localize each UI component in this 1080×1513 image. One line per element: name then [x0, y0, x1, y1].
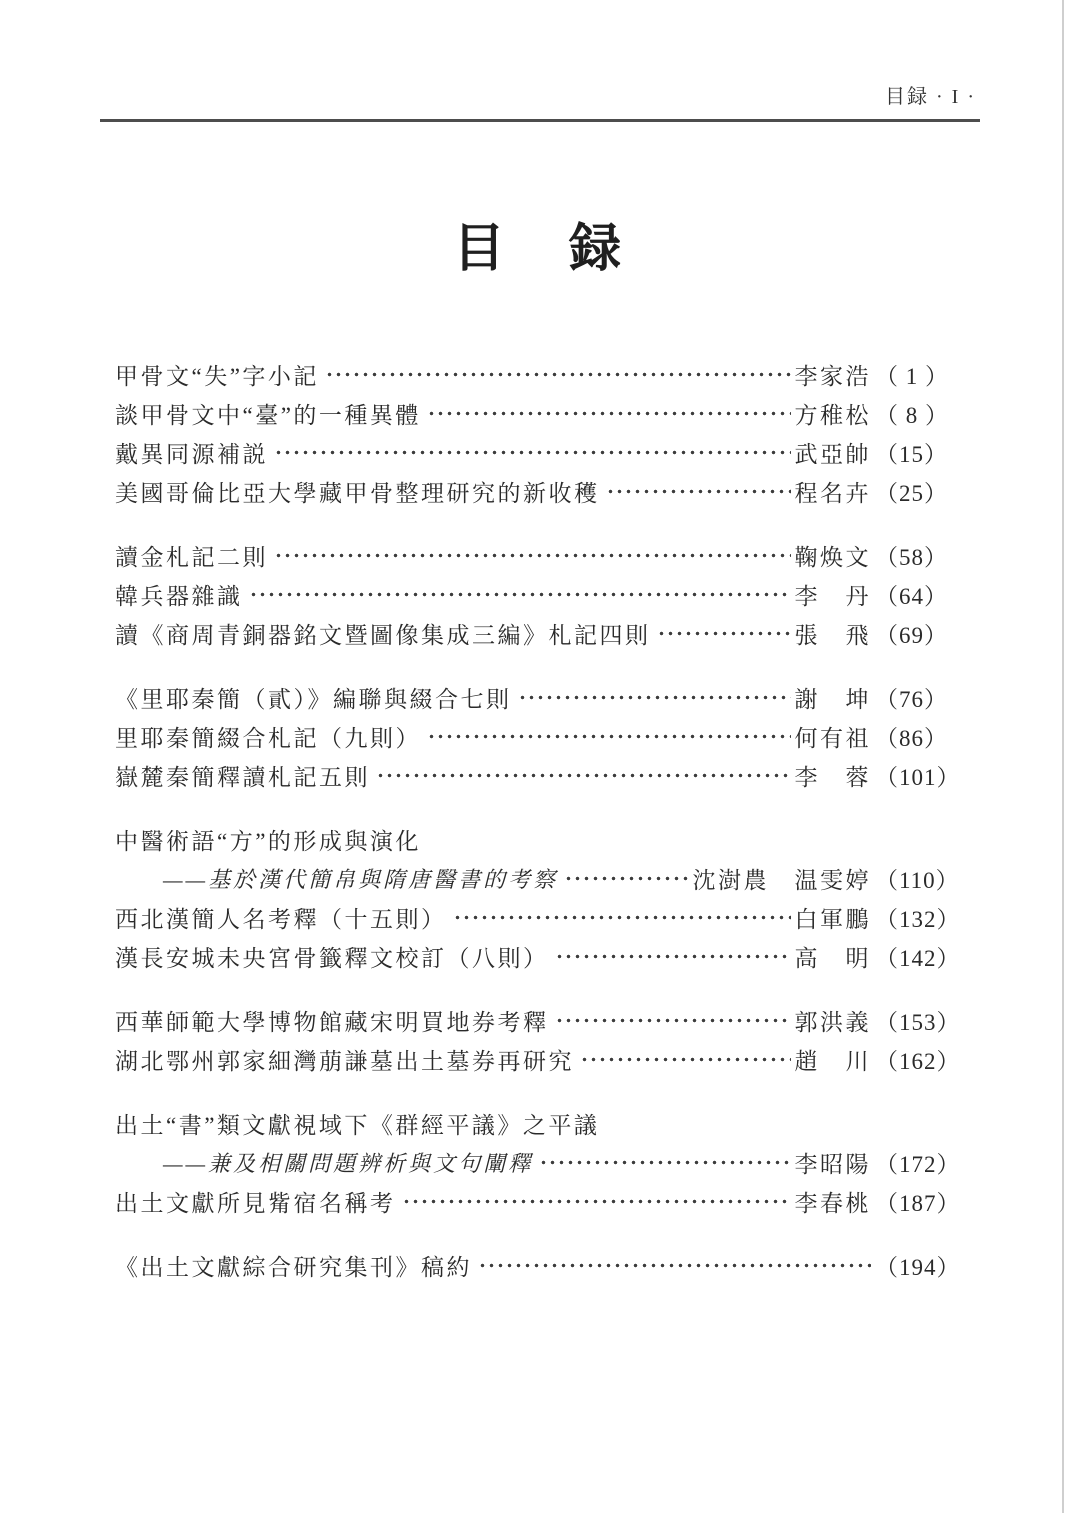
- entry-title: 《出土文獻綜合研究集刊》稿約: [115, 1249, 472, 1282]
- toc-row: 讀金札記二則鞠焕文（58）: [115, 536, 947, 575]
- entry-authors: 鞠焕文: [795, 539, 872, 572]
- entry-title: 出土“書”類文獻視域下《群經平議》之平議: [115, 1107, 599, 1140]
- entry-authors: 張 飛: [795, 617, 872, 650]
- entry-page-number: （153）: [875, 1004, 947, 1037]
- toc-row: 《出土文獻綜合研究集刊》稿約（194）: [115, 1246, 947, 1285]
- entry-page-number: （110）: [875, 862, 947, 895]
- entry-authors: 郭洪義: [795, 1004, 872, 1037]
- dotted-leader: [427, 717, 791, 756]
- toc-row: 出土“書”類文獻視域下《群經平議》之平議: [115, 1104, 947, 1143]
- toc-row: ——基於漢代簡帛與隋唐醫書的考察沈澍農 温雯婷（110）: [115, 859, 947, 898]
- toc-group: 《里耶秦簡（貳）》編聯與綴合七則謝 坤（76）里耶秦簡綴合札記（九則）何有祖（8…: [115, 678, 947, 795]
- entry-subtitle: ——基於漢代簡帛與隋唐醫書的考察: [115, 863, 558, 894]
- entry-title: 戴異同源補説: [115, 436, 268, 469]
- scan-edge-line: [1062, 0, 1064, 1513]
- entry-authors: 沈澍農 温雯婷: [693, 862, 872, 895]
- entry-authors: 李春桃: [795, 1185, 872, 1218]
- toc-row: 西北漢簡人名考釋（十五則）白軍鵬（132）: [115, 898, 947, 937]
- entry-title: 美國哥倫比亞大學藏甲骨整理研究的新收穫: [115, 475, 600, 508]
- dotted-leader: [606, 472, 791, 511]
- entry-page-number: （142）: [875, 940, 947, 973]
- dotted-leader: [325, 355, 791, 394]
- entry-page-number: （76）: [875, 681, 947, 714]
- entry-title: 讀金札記二則: [115, 539, 268, 572]
- entry-title: 里耶秦簡綴合札記（九則）: [115, 720, 421, 753]
- toc-row: 讀《商周青銅器銘文暨圖像集成三編》札記四則張 飛（69）: [115, 614, 947, 653]
- page-header: 目録 · I ·: [100, 0, 980, 122]
- entry-authors: 武亞帥: [795, 436, 872, 469]
- toc-row: ——兼及相關問題辨析與文句闡釋李昭陽（172）: [115, 1143, 947, 1182]
- dotted-leader: [518, 678, 791, 717]
- toc-row: 美國哥倫比亞大學藏甲骨整理研究的新收穫程名卉（25）: [115, 472, 947, 511]
- entry-subtitle: ——兼及相關問題辨析與文句闡釋: [115, 1147, 533, 1178]
- toc-row: 韓兵器雜識李 丹（64）: [115, 575, 947, 614]
- toc-row: 戴異同源補説武亞帥（15）: [115, 433, 947, 472]
- entry-page-number: （86）: [875, 720, 947, 753]
- entry-authors: 李家浩: [795, 358, 872, 391]
- dotted-leader: [249, 575, 791, 614]
- toc-group: 西華師範大學博物館藏宋明買地券考釋郭洪義（153）湖北鄂州郭家細灣萠謙墓出土墓券…: [115, 1001, 947, 1079]
- entry-page-number: （101）: [875, 759, 947, 792]
- entry-title: 《里耶秦簡（貳）》編聯與綴合七則: [115, 681, 512, 714]
- entry-page-number: （132）: [875, 901, 947, 934]
- dotted-leader: [555, 1001, 791, 1040]
- dotted-leader: [478, 1246, 871, 1285]
- toc-row: 湖北鄂州郭家細灣萠謙墓出土墓券再研究趙 川（162）: [115, 1040, 947, 1079]
- entry-authors: 李 蓉: [795, 759, 872, 792]
- dotted-leader: [564, 859, 688, 898]
- entry-title: 讀《商周青銅器銘文暨圖像集成三編》札記四則: [115, 617, 651, 650]
- toc-group: 《出土文獻綜合研究集刊》稿約（194）: [115, 1246, 947, 1285]
- entry-title: 韓兵器雜識: [115, 578, 243, 611]
- toc-group: 中醫術語“方”的形成與演化——基於漢代簡帛與隋唐醫書的考察沈澍農 温雯婷（110…: [115, 820, 947, 976]
- toc-row: 嶽麓秦簡釋讀札記五則李 蓉（101）: [115, 756, 947, 795]
- entry-authors: 白軍鵬: [795, 901, 872, 934]
- entry-page-number: （162）: [875, 1043, 947, 1076]
- entry-authors: 趙 川: [795, 1043, 872, 1076]
- dotted-leader: [274, 433, 791, 472]
- entry-title: 西北漢簡人名考釋（十五則）: [115, 901, 447, 934]
- toc-row: 談甲骨文中“臺”的一種異體方稚松（ 8 ）: [115, 394, 947, 433]
- dotted-leader: [580, 1040, 791, 1079]
- dotted-leader: [427, 394, 791, 433]
- dotted-leader: [657, 614, 791, 653]
- toc-row: 甲骨文“失”字小記李家浩（ 1 ）: [115, 355, 947, 394]
- toc-row: 中醫術語“方”的形成與演化: [115, 820, 947, 859]
- entry-title: 西華師範大學博物館藏宋明買地券考釋: [115, 1004, 549, 1037]
- toc-group: 出土“書”類文獻視域下《群經平議》之平議——兼及相關問題辨析與文句闡釋李昭陽（1…: [115, 1104, 947, 1221]
- table-of-contents: 甲骨文“失”字小記李家浩（ 1 ）談甲骨文中“臺”的一種異體方稚松（ 8 ）戴異…: [115, 355, 947, 1285]
- dotted-leader: [539, 1143, 790, 1182]
- entry-authors: 謝 坤: [795, 681, 872, 714]
- entry-title: 甲骨文“失”字小記: [115, 358, 319, 391]
- entry-authors: 李昭陽: [795, 1146, 872, 1179]
- entry-title: 出土文獻所見觜宿名稱考: [115, 1185, 396, 1218]
- entry-page-number: （ 1 ）: [875, 358, 947, 391]
- toc-row: 《里耶秦簡（貳）》編聯與綴合七則謝 坤（76）: [115, 678, 947, 717]
- page-title: 目 録: [0, 206, 1080, 281]
- dotted-leader: [402, 1182, 791, 1221]
- dotted-leader: [376, 756, 791, 795]
- entry-authors: 李 丹: [795, 578, 872, 611]
- entry-page-number: （69）: [875, 617, 947, 650]
- entry-title: 談甲骨文中“臺”的一種異體: [115, 397, 421, 430]
- entry-title: 漢長安城未央宮骨籤釋文校訂（八則）: [115, 940, 549, 973]
- entry-page-number: （172）: [875, 1146, 947, 1179]
- dotted-leader: [453, 898, 791, 937]
- entry-authors: 高 明: [795, 940, 872, 973]
- entry-page-number: （15）: [875, 436, 947, 469]
- entry-title: 中醫術語“方”的形成與演化: [115, 823, 421, 856]
- dotted-leader: [274, 536, 791, 575]
- entry-title: 嶽麓秦簡釋讀札記五則: [115, 759, 370, 792]
- entry-page-number: （25）: [875, 475, 947, 508]
- entry-authors: 程名卉: [795, 475, 872, 508]
- toc-row: 西華師範大學博物館藏宋明買地券考釋郭洪義（153）: [115, 1001, 947, 1040]
- entry-page-number: （58）: [875, 539, 947, 572]
- toc-row: 出土文獻所見觜宿名稱考李春桃（187）: [115, 1182, 947, 1221]
- toc-group: 甲骨文“失”字小記李家浩（ 1 ）談甲骨文中“臺”的一種異體方稚松（ 8 ）戴異…: [115, 355, 947, 511]
- entry-authors: 方稚松: [795, 397, 872, 430]
- toc-row: 里耶秦簡綴合札記（九則）何有祖（86）: [115, 717, 947, 756]
- toc-page: 目録 · I · 目 録 甲骨文“失”字小記李家浩（ 1 ）談甲骨文中“臺”的一…: [0, 0, 1080, 1513]
- entry-page-number: （187）: [875, 1185, 947, 1218]
- header-rule: [100, 119, 980, 122]
- entry-page-number: （64）: [875, 578, 947, 611]
- entry-page-number: （ 8 ）: [875, 397, 947, 430]
- entry-title: 湖北鄂州郭家細灣萠謙墓出土墓券再研究: [115, 1043, 574, 1076]
- dotted-leader: [555, 937, 791, 976]
- entry-authors: 何有祖: [795, 720, 872, 753]
- entry-page-number: （194）: [875, 1249, 947, 1282]
- toc-group: 讀金札記二則鞠焕文（58）韓兵器雜識李 丹（64）讀《商周青銅器銘文暨圖像集成三…: [115, 536, 947, 653]
- toc-row: 漢長安城未央宮骨籤釋文校訂（八則）高 明（142）: [115, 937, 947, 976]
- running-head: 目録 · I ·: [100, 80, 980, 109]
